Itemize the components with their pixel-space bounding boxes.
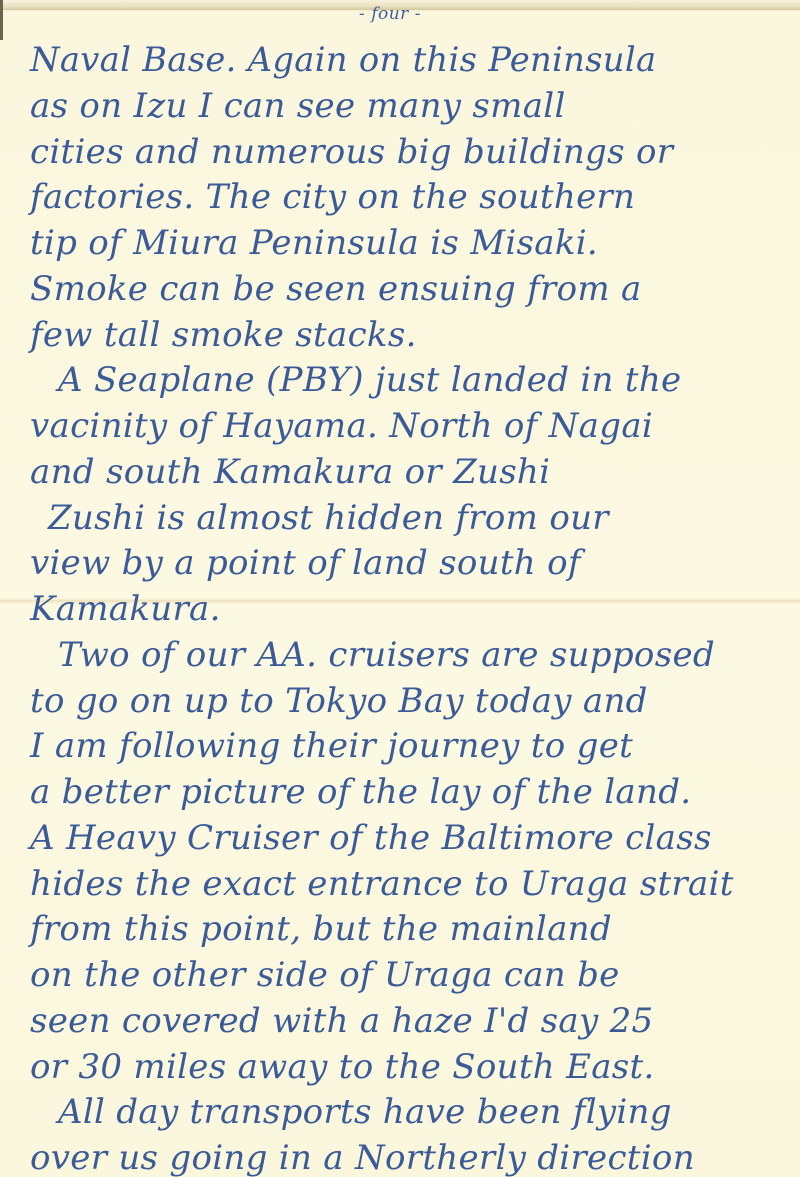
handwritten-line-5: tip of Miura Peninsula is Misaki. <box>30 223 598 263</box>
handwritten-line-4: factories. The city on the southern <box>30 177 635 217</box>
handwritten-line-3: cities and numerous big buildings or <box>30 132 673 172</box>
paper-left-shadow <box>0 0 3 40</box>
handwritten-line-23: or 30 miles away to the South East. <box>30 1047 655 1087</box>
page-number: - four - <box>330 4 450 24</box>
handwritten-line-24: All day transports have been flying <box>58 1092 672 1132</box>
handwritten-line-25: over us going in a Northerly direction <box>30 1138 695 1177</box>
handwritten-line-16: I am following their journey to get <box>30 726 633 766</box>
handwritten-line-20: from this point, but the mainland <box>30 909 612 949</box>
handwritten-line-6: Smoke can be seen ensuing from a <box>30 269 642 309</box>
handwritten-line-18: A Heavy Cruiser of the Baltimore class <box>30 818 712 858</box>
handwritten-line-17: a better picture of the lay of the land. <box>30 772 691 812</box>
handwritten-line-13: Kamakura. <box>30 589 221 629</box>
handwritten-line-7: few tall smoke stacks. <box>30 315 417 355</box>
handwritten-line-1: Naval Base. Again on this Peninsula <box>30 40 790 80</box>
handwritten-line-15: to go on up to Tokyo Bay today and <box>30 681 648 721</box>
handwritten-line-2: as on Izu I can see many small <box>30 86 566 126</box>
handwritten-line-12: view by a point of land south of <box>30 543 581 583</box>
handwritten-line-9: vacinity of Hayama. North of Nagai <box>30 406 653 446</box>
handwritten-line-11: Zushi is almost hidden from our <box>48 498 609 538</box>
letter-page: - four - Naval Base. Again on this Penin… <box>0 0 800 1177</box>
handwritten-line-14: Two of our AA. cruisers are supposed <box>58 635 715 675</box>
handwritten-line-22: seen covered with a haze I'd say 25 <box>30 1001 653 1041</box>
handwritten-line-19: hides the exact entrance to Uraga strait <box>30 864 734 904</box>
handwritten-line-8: A Seaplane (PBY) just landed in the <box>58 360 681 400</box>
handwritten-line-21: on the other side of Uraga can be <box>30 955 620 995</box>
handwritten-line-10: and south Kamakura or Zushi <box>30 452 550 492</box>
